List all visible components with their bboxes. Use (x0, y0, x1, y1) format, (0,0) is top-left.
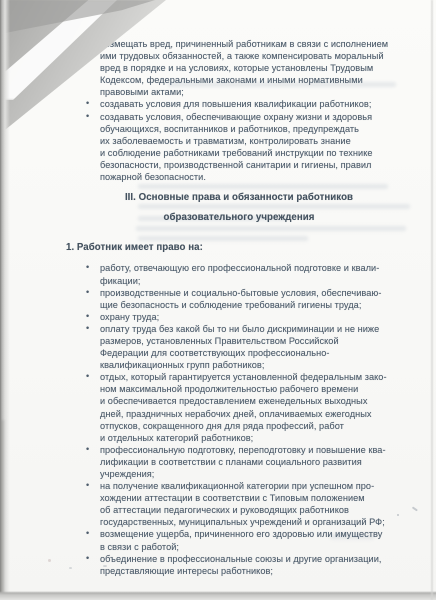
list-item-text: создавать условия для повышения квалифик… (100, 99, 371, 109)
paper-speck (48, 559, 51, 562)
section-heading-line1: III. Основные права и обязанности работн… (66, 192, 412, 204)
paper-speck (69, 567, 72, 569)
list-item-text: на получение квалификационной категории … (100, 481, 385, 527)
bullet-icon: • (86, 310, 89, 322)
list-item: •объединение в профессиональные союзы и … (100, 553, 412, 577)
paper-speck (397, 514, 399, 516)
bullet-icon: • (86, 370, 89, 382)
list-item: •работу, отвечающую его профессиональной… (100, 262, 412, 286)
list-item-text: охрану труда; (100, 312, 159, 322)
list-item: •создавать условия для повышения квалифи… (100, 98, 412, 110)
list-item-text: возмещение ущерба, причиненного его здор… (100, 529, 382, 551)
paper-speck (103, 565, 107, 567)
bullet-icon: • (86, 322, 89, 334)
scanned-document-page: •возмещать вред, причиненный работникам … (0, 0, 436, 600)
scan-right-edge-line (431, 0, 433, 600)
list-item: •производственные и социально-бытовые ус… (100, 287, 412, 311)
section-heading-line2: образовательного учреждения (66, 212, 412, 224)
bullet-icon: • (86, 97, 89, 109)
bullet-icon: • (86, 479, 89, 491)
list-item-text: производственные и социально-бытовые усл… (100, 288, 381, 310)
subsection-heading: 1. Работник имеет право на: (66, 242, 412, 254)
scan-left-edge-shadow-lower (0, 420, 6, 600)
employer-obligations-list: •возмещать вред, причиненный работникам … (66, 38, 412, 183)
bullet-icon: • (86, 110, 89, 122)
employee-rights-list: •работу, отвечающую его профессиональной… (66, 262, 412, 576)
document-text-block: •возмещать вред, причиненный работникам … (66, 38, 412, 577)
scan-bottom-edge-shadow (0, 591, 436, 600)
bullet-icon: • (86, 261, 89, 273)
bullet-icon: • (86, 527, 89, 539)
list-item-text: оплату труда без какой бы то ни было дис… (100, 324, 379, 370)
bullet-icon: • (86, 286, 89, 298)
list-item-text: создавать условия, обеспечивающие охрану… (100, 112, 373, 182)
list-item: •охрану труда; (100, 311, 412, 323)
paper-speck (412, 506, 418, 511)
list-item: •оплату труда без какой бы то ни было ди… (100, 323, 412, 371)
list-item-text: объединение в профессиональные союзы и д… (100, 554, 382, 576)
list-item-text: возмещать вред, причиненный работникам в… (100, 39, 388, 97)
list-item-text: отдых, который гарантируется установленн… (100, 372, 387, 442)
list-item: •возмещение ущерба, причиненного его здо… (100, 528, 412, 552)
bullet-icon: • (86, 552, 89, 564)
list-item: •отдых, который гарантируется установлен… (100, 371, 412, 444)
list-item: •профессиональную подготовку, переподгот… (100, 444, 412, 480)
list-item-text: профессиональную подготовку, переподгото… (100, 445, 386, 479)
list-item: •возмещать вред, причиненный работникам … (100, 38, 412, 98)
list-item: •на получение квалификационной категории… (100, 480, 412, 528)
list-item: •создавать условия, обеспечивающие охран… (100, 111, 412, 184)
list-item-text: работу, отвечающую его профессиональной … (100, 263, 379, 285)
bullet-icon: • (86, 443, 89, 455)
